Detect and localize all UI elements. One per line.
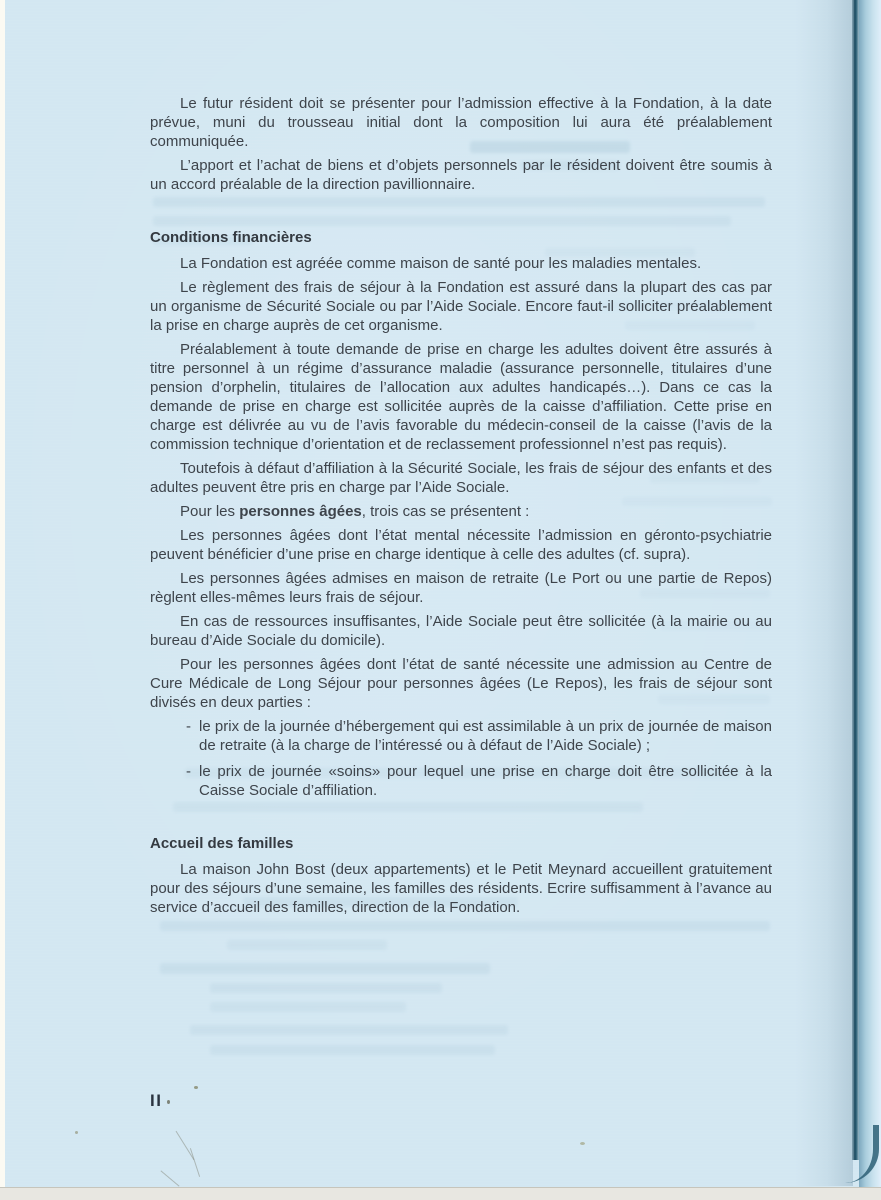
adjacent-page-edge — [859, 0, 881, 1187]
paragraph: La Fondation est agréée comme maison de … — [150, 254, 772, 273]
show-through-line — [160, 963, 490, 974]
show-through-line — [227, 940, 387, 950]
page-curvature-shading — [795, 0, 853, 1186]
scanned-document-page: Le futur résident doit se présenter pour… — [0, 0, 881, 1200]
bold-text-run: personnes âgées — [239, 503, 362, 520]
bullet-list: - le prix de la journée d’hébergement qu… — [186, 717, 772, 800]
paragraph: Toutefois à défaut d’affiliation à la Sé… — [150, 459, 772, 497]
show-through-line — [210, 1002, 406, 1012]
paper-speck — [580, 1142, 585, 1145]
show-through-line — [160, 921, 770, 931]
paragraph: Pour les personnes âgées dont l’état de … — [150, 655, 772, 712]
paragraph: En cas de ressources insuffisantes, l’Ai… — [150, 612, 772, 650]
show-through-line — [190, 1025, 508, 1035]
pencil-scribble — [190, 1148, 200, 1177]
bullet-dash: - — [186, 762, 191, 781]
paper-speck — [194, 1086, 198, 1089]
paragraph: Préalablement à toute demande de prise e… — [150, 340, 772, 454]
bullet-item: - le prix de journée «soins» pour lequel… — [186, 762, 772, 800]
page-number: II — [150, 1091, 162, 1111]
scanner-bottom-edge — [0, 1187, 881, 1200]
paper-speck — [75, 1131, 78, 1134]
paper-speck — [167, 1100, 170, 1104]
section-heading-accueil-des-familles: Accueil des familles — [150, 834, 772, 853]
bullet-dash: - — [186, 717, 191, 736]
show-through-line — [210, 983, 442, 993]
paragraph: La maison John Bost (deux appartements) … — [150, 860, 772, 917]
document-body: Le futur résident doit se présenter pour… — [150, 94, 772, 922]
bullet-text: le prix de journée «soins» pour lequel u… — [199, 763, 772, 799]
pencil-scribble — [160, 1170, 179, 1186]
paragraph: L’apport et l’achat de biens et d’objets… — [150, 156, 772, 194]
paragraph: Les personnes âgées admises en maison de… — [150, 569, 772, 607]
paragraph-personnes-agees: Pour les personnes âgées, trois cas se p… — [150, 502, 772, 521]
bullet-item: - le prix de la journée d’hébergement qu… — [186, 717, 772, 755]
page-gutter-line — [852, 0, 859, 1160]
scanner-left-edge — [0, 0, 5, 1200]
text-run: , trois cas se présentent : — [362, 503, 530, 520]
paragraph: Le règlement des frais de séjour à la Fo… — [150, 278, 772, 335]
paragraph: Le futur résident doit se présenter pour… — [150, 94, 772, 151]
section-heading-conditions-financieres: Conditions financières — [150, 228, 772, 247]
paragraph: Les personnes âgées dont l’état mental n… — [150, 526, 772, 564]
text-run: Pour les — [180, 503, 239, 520]
bullet-text: le prix de la journée d’hébergement qui … — [199, 718, 772, 754]
show-through-line — [210, 1045, 495, 1055]
